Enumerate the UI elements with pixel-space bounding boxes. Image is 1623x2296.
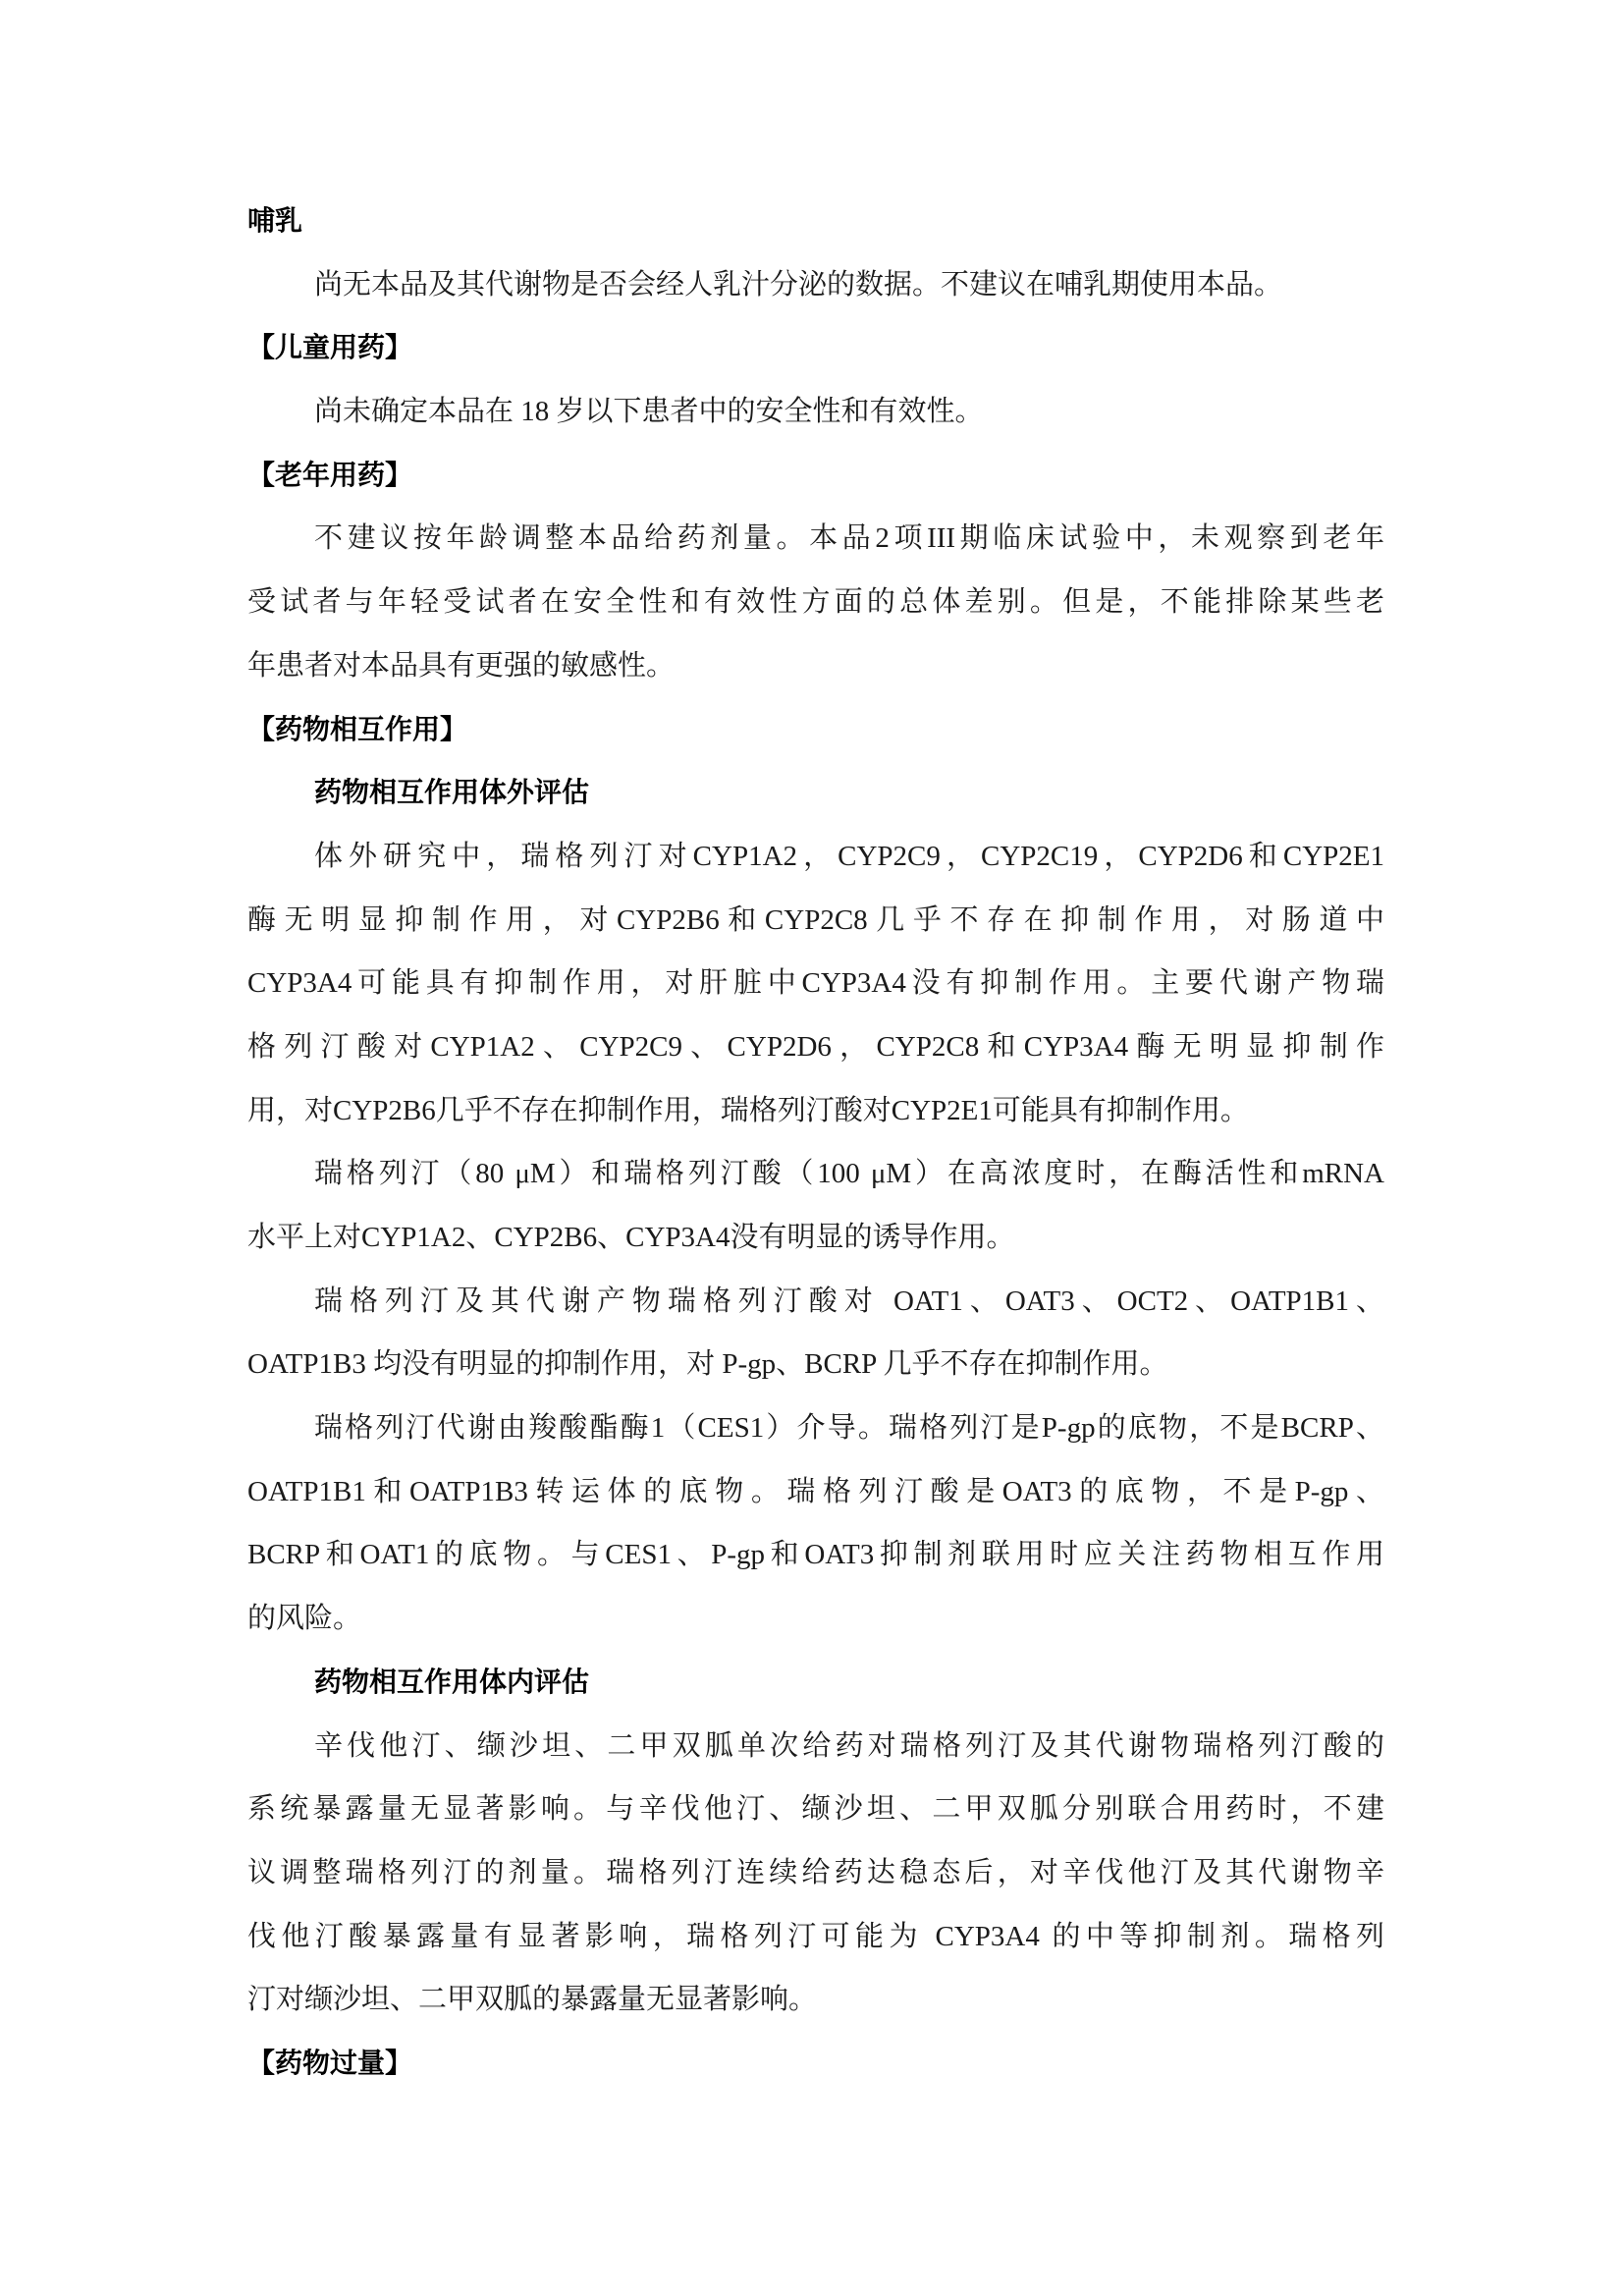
section-heading-pediatric: 【儿童用药】 (247, 316, 1384, 380)
paragraph-line: OATP1B1和OATP1B3转运体的底物。瑞格列汀酸是OAT3的底物，不是P-… (247, 1460, 1384, 1524)
paragraph-line: CYP3A4可能具有抑制作用，对肝脏中CYP3A4没有抑制作用。主要代谢产物瑞 (247, 952, 1384, 1015)
paragraph-line: 格列汀酸对CYP1A2、CYP2C9、CYP2D6，CYP2C8和CYP3A4酶… (247, 1015, 1384, 1079)
paragraph-line: 系统暴露量无显著影响。与辛伐他汀、缬沙坦、二甲双胍分别联合用药时，不建 (247, 1777, 1384, 1841)
paragraph-line: 不建议按年龄调整本品给药剂量。本品2项III期临床试验中，未观察到老年 (247, 507, 1384, 571)
section-heading-interactions: 【药物相互作用】 (247, 698, 1384, 762)
paragraph-line: 尚无本品及其代谢物是否会经人乳汁分泌的数据。不建议在哺乳期使用本品。 (247, 253, 1384, 317)
section-heading-lactation: 哺乳 (247, 190, 1384, 253)
section-heading-overdose: 【药物过量】 (247, 2032, 1384, 2096)
paragraph-line: 瑞格列汀（80 μM）和瑞格列汀酸（100 μM）在高浓度时，在酶活性和mRNA (247, 1142, 1384, 1206)
subheading-in-vitro: 药物相互作用体外评估 (247, 761, 1384, 825)
paragraph-line: 用，对CYP2B6几乎不存在抑制作用，瑞格列汀酸对CYP2E1可能具有抑制作用。 (247, 1079, 1384, 1143)
paragraph-line: 瑞格列汀代谢由羧酸酯酶1（CES1）介导。瑞格列汀是P-gp的底物，不是BCRP… (247, 1396, 1384, 1460)
paragraph-line: 尚未确定本品在 18 岁以下患者中的安全性和有效性。 (247, 380, 1384, 444)
paragraph-line: OATP1B3 均没有明显的抑制作用，对 P-gp、BCRP 几乎不存在抑制作用… (247, 1333, 1384, 1396)
section-heading-geriatric: 【老年用药】 (247, 444, 1384, 508)
paragraph-line: 体外研究中，瑞格列汀对CYP1A2，CYP2C9，CYP2C19，CYP2D6和… (247, 825, 1384, 889)
paragraph-line: 汀对缬沙坦、二甲双胍的暴露量无显著影响。 (247, 1968, 1384, 2032)
paragraph-line: 辛伐他汀、缬沙坦、二甲双胍单次给药对瑞格列汀及其代谢物瑞格列汀酸的 (247, 1715, 1384, 1778)
paragraph-line: 伐他汀酸暴露量有显著影响，瑞格列汀可能为 CYP3A4 的中等抑制剂。瑞格列 (247, 1905, 1384, 1969)
paragraph-line: 年患者对本品具有更强的敏感性。 (247, 634, 1384, 698)
paragraph-line: BCRP和OAT1的底物。与CES1、P-gp和OAT3抑制剂联用时应关注药物相… (247, 1523, 1384, 1587)
subheading-in-vivo: 药物相互作用体内评估 (247, 1651, 1384, 1715)
paragraph-line: 议调整瑞格列汀的剂量。瑞格列汀连续给药达稳态后，对辛伐他汀及其代谢物辛 (247, 1841, 1384, 1905)
document-page: 哺乳 尚无本品及其代谢物是否会经人乳汁分泌的数据。不建议在哺乳期使用本品。 【儿… (247, 190, 1384, 2096)
paragraph-line: 瑞格列汀及其代谢产物瑞格列汀酸对 OAT1、OAT3、OCT2、OATP1B1、 (247, 1270, 1384, 1334)
paragraph-line: 水平上对CYP1A2、CYP2B6、CYP3A4没有明显的诱导作用。 (247, 1206, 1384, 1270)
paragraph-line: 的风险。 (247, 1587, 1384, 1651)
paragraph-line: 受试者与年轻受试者在安全性和有效性方面的总体差别。但是，不能排除某些老 (247, 571, 1384, 634)
paragraph-line: 酶无明显抑制作用，对CYP2B6和CYP2C8几乎不存在抑制作用，对肠道中 (247, 889, 1384, 953)
